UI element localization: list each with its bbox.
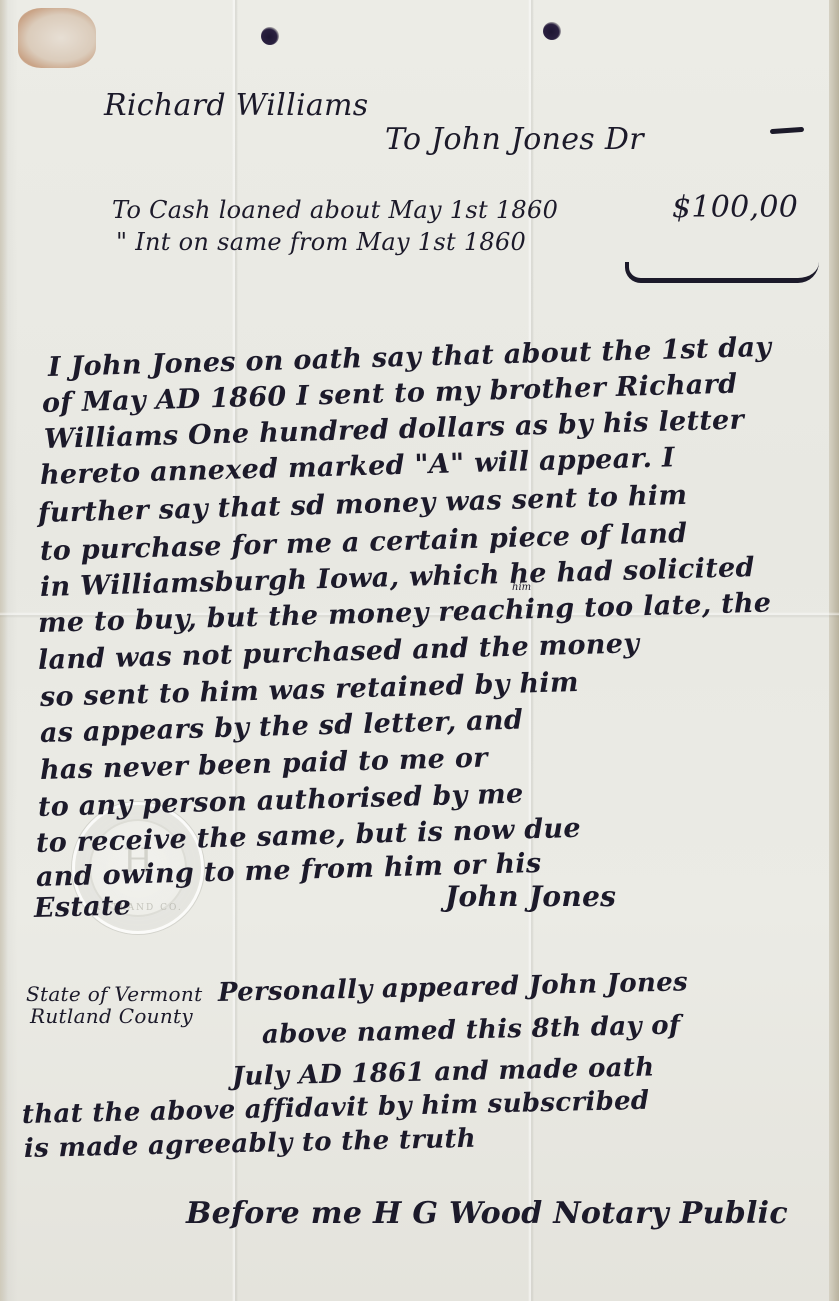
jurat-line: that the above affidavit by him subscrib… xyxy=(22,1086,650,1130)
paper-left-edge xyxy=(0,0,8,1301)
jurat-line: above named this 8th day of xyxy=(262,1011,681,1050)
punch-hole xyxy=(543,22,561,40)
corner-stain xyxy=(18,8,96,68)
document-sheet: H RUTLAND CO. Richard Williams To John J… xyxy=(0,0,839,1301)
affidavit-line: Estate xyxy=(34,890,132,924)
interlineation: him xyxy=(512,582,531,593)
jurat-line: is made agreeably to the truth xyxy=(24,1124,477,1164)
venue-state: State of Vermont xyxy=(26,982,202,1006)
creditor-line: To John Jones Dr xyxy=(385,122,644,157)
creditor-dash xyxy=(770,127,804,134)
paper-right-edge xyxy=(829,0,839,1301)
venue-county: Rutland County xyxy=(30,1004,193,1028)
debtor-name: Richard Williams xyxy=(104,88,369,123)
entry-text: " Int on same from May 1st 1860 xyxy=(116,228,526,256)
jurat-line: Personally appeared John Jones xyxy=(218,967,689,1008)
punch-hole xyxy=(261,27,279,45)
entry-amount: $100,00 xyxy=(672,190,798,225)
affiant-signature: John Jones xyxy=(445,880,616,913)
entry-text: To Cash loaned about May 1st 1860 xyxy=(112,196,558,224)
total-flourish xyxy=(625,262,819,283)
affidavit-line: has never been paid to me or xyxy=(40,743,489,786)
jurat-line: July AD 1861 and made oath xyxy=(232,1052,655,1092)
notary-signature: Before me H G Wood Notary Public xyxy=(186,1196,788,1231)
affidavit-line: as appears by the sd letter, and xyxy=(40,705,524,749)
